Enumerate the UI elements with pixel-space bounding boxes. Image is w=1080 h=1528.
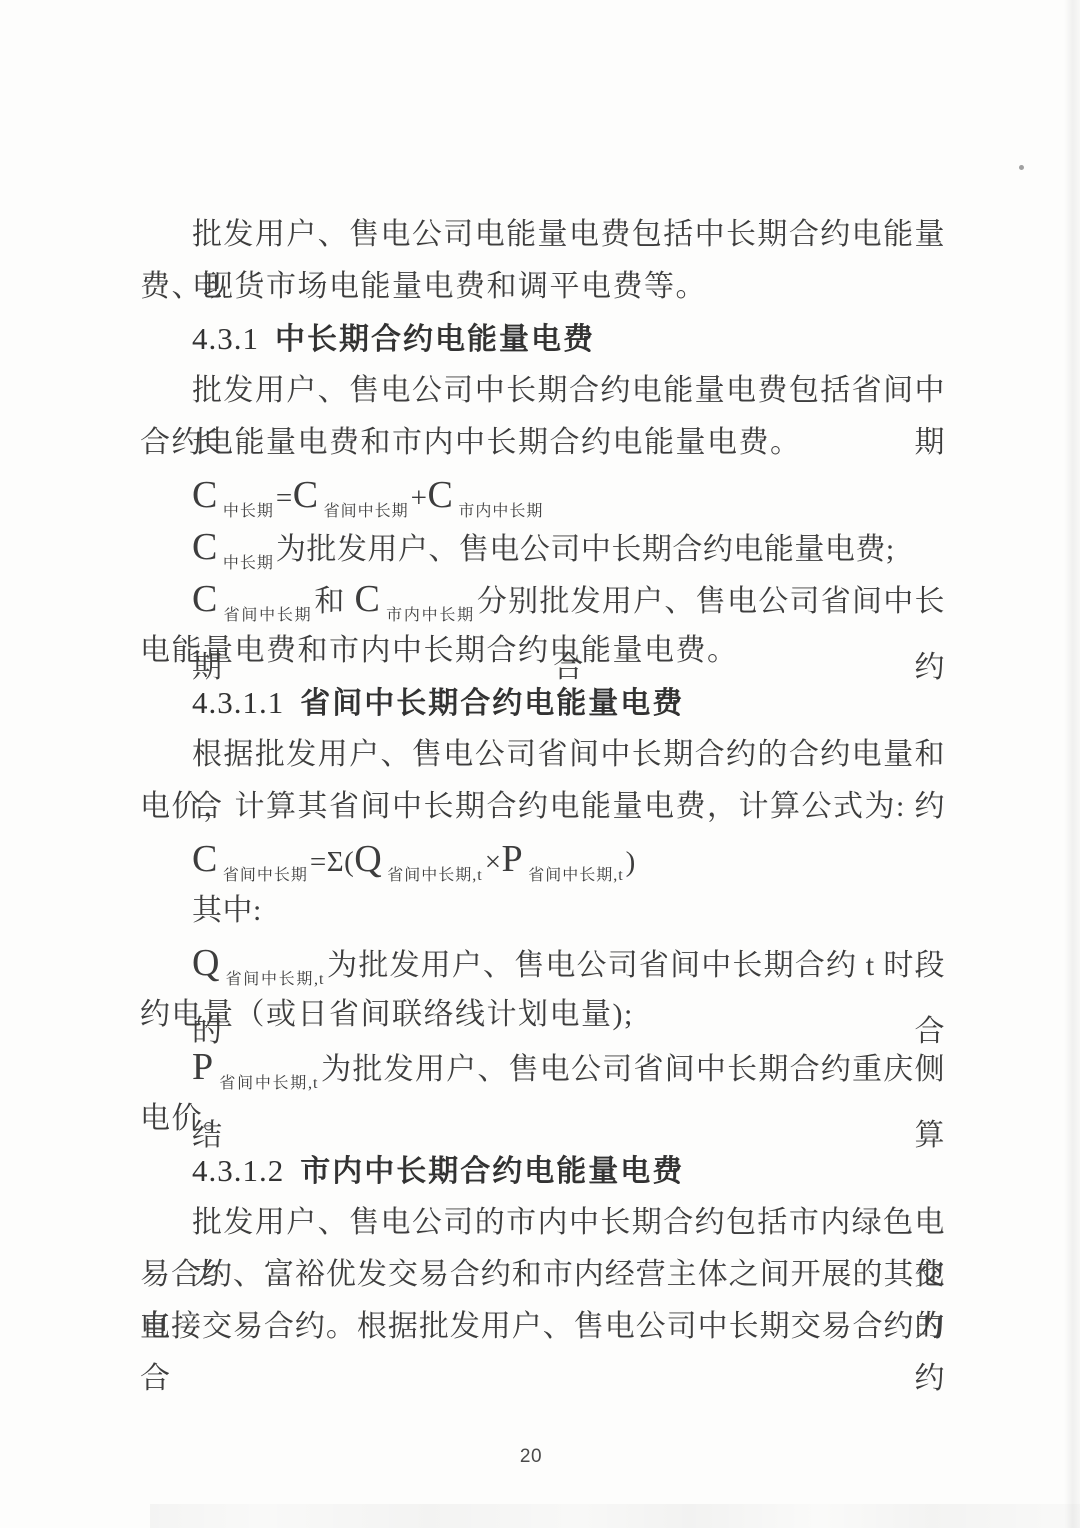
heading-number: 4.3.1.2 <box>192 1153 284 1188</box>
paragraph-line: 批发用户、售电公司电能量电费包括中长期合约电能量电 <box>192 209 945 261</box>
formula-sub: 省间中长期,t <box>219 1075 319 1092</box>
formula-line: C中长期=C省间中长期+C市内中长期 <box>192 469 1080 521</box>
formula-op: ) <box>626 846 636 878</box>
section-heading: 4.3.1中长期合约电能量电费 <box>192 313 1080 365</box>
scan-edge-shadow <box>1064 0 1080 1528</box>
scan-bottom-smudge <box>150 1504 1080 1528</box>
paragraph-line: 批发用户、售电公司中长期合约电能量电费包括省间中长期 <box>192 365 945 417</box>
formula-sub: 中长期 <box>223 555 274 572</box>
formula-sub: 省间中长期 <box>223 607 313 624</box>
formula-sub: 省间中长期 <box>223 867 308 884</box>
heading-title: 市内中长期合约电能量电费 <box>300 1155 684 1188</box>
formula-txt: 其中: <box>192 894 262 927</box>
formula-var: C <box>192 578 218 620</box>
formula-sub: 省间中长期,t <box>387 867 482 884</box>
heading-number: 4.3.1.1 <box>192 685 284 720</box>
formula-txt: 和 <box>314 585 354 618</box>
formula-var: Q <box>192 942 220 984</box>
formula-var: C <box>354 578 380 620</box>
formula-line: 其中: <box>192 885 1080 937</box>
formula-line: C省间中长期=Σ(Q省间中长期,t×P省间中长期,t) <box>192 833 1080 885</box>
paragraph-line: 易合约、富裕优发交易合约和市内经营主体之间开展的其他电力 <box>140 1249 945 1301</box>
formula-line: Q省间中长期,t为批发用户、售电公司省间中长期合约 t 时段的合 <box>192 937 945 989</box>
formula-sub: 省间中长期 <box>324 503 409 520</box>
formula-line: C中长期为批发用户、售电公司中长期合约电能量电费; <box>192 521 1080 573</box>
paragraph-line: 批发用户、售电公司的市内中长期合约包括市内绿色电力交 <box>192 1197 945 1249</box>
formula-line: P省间中长期,t为批发用户、售电公司省间中长期合约重庆侧结算 <box>192 1041 945 1093</box>
formula-var: C <box>192 474 218 516</box>
section-heading: 4.3.1.2市内中长期合约电能量电费 <box>192 1145 1080 1197</box>
formula-var: P <box>192 1046 214 1088</box>
formula-txt: 为批发用户、售电公司中长期合约电能量电费; <box>276 533 895 566</box>
formula-var: P <box>502 838 524 880</box>
document-body: 批发用户、售电公司电能量电费包括中长期合约电能量电费、现货市场电能量电费和调平电… <box>0 209 1080 1353</box>
formula-var: C <box>293 474 319 516</box>
heading-number: 4.3.1 <box>192 321 259 356</box>
formula-var: C <box>192 526 218 568</box>
formula-line: C省间中长期和 C市内中长期分别批发用户、售电公司省间中长期合约 <box>192 573 945 625</box>
paragraph-line: 费、现货市场电能量电费和调平电费等。 <box>140 261 1080 313</box>
formula-var: Q <box>354 838 382 880</box>
formula-sub: 市内中长期 <box>458 503 543 520</box>
formula-op: =Σ( <box>310 846 354 878</box>
formula-op: + <box>411 482 428 514</box>
paragraph-line: 直接交易合约。根据批发用户、售电公司中长期交易合约的合约 <box>140 1301 945 1353</box>
scan-artifact-dot <box>1019 165 1024 170</box>
formula-op: = <box>276 482 293 514</box>
page-number: 20 <box>0 1446 1062 1468</box>
formula-sub: 中长期 <box>223 503 274 520</box>
section-heading: 4.3.1.1省间中长期合约电能量电费 <box>192 677 1080 729</box>
heading-title: 中长期合约电能量电费 <box>275 323 595 356</box>
formula-op: × <box>485 846 502 878</box>
formula-var: C <box>427 474 453 516</box>
formula-sub: 省间中长期,t <box>528 867 623 884</box>
formula-sub: 市内中长期 <box>385 607 475 624</box>
heading-title: 省间中长期合约电能量电费 <box>300 687 684 720</box>
formula-var: C <box>192 838 218 880</box>
formula-sub: 省间中长期,t <box>225 971 325 988</box>
paragraph-line: 根据批发用户、售电公司省间中长期合约的合约电量和合约 <box>192 729 945 781</box>
